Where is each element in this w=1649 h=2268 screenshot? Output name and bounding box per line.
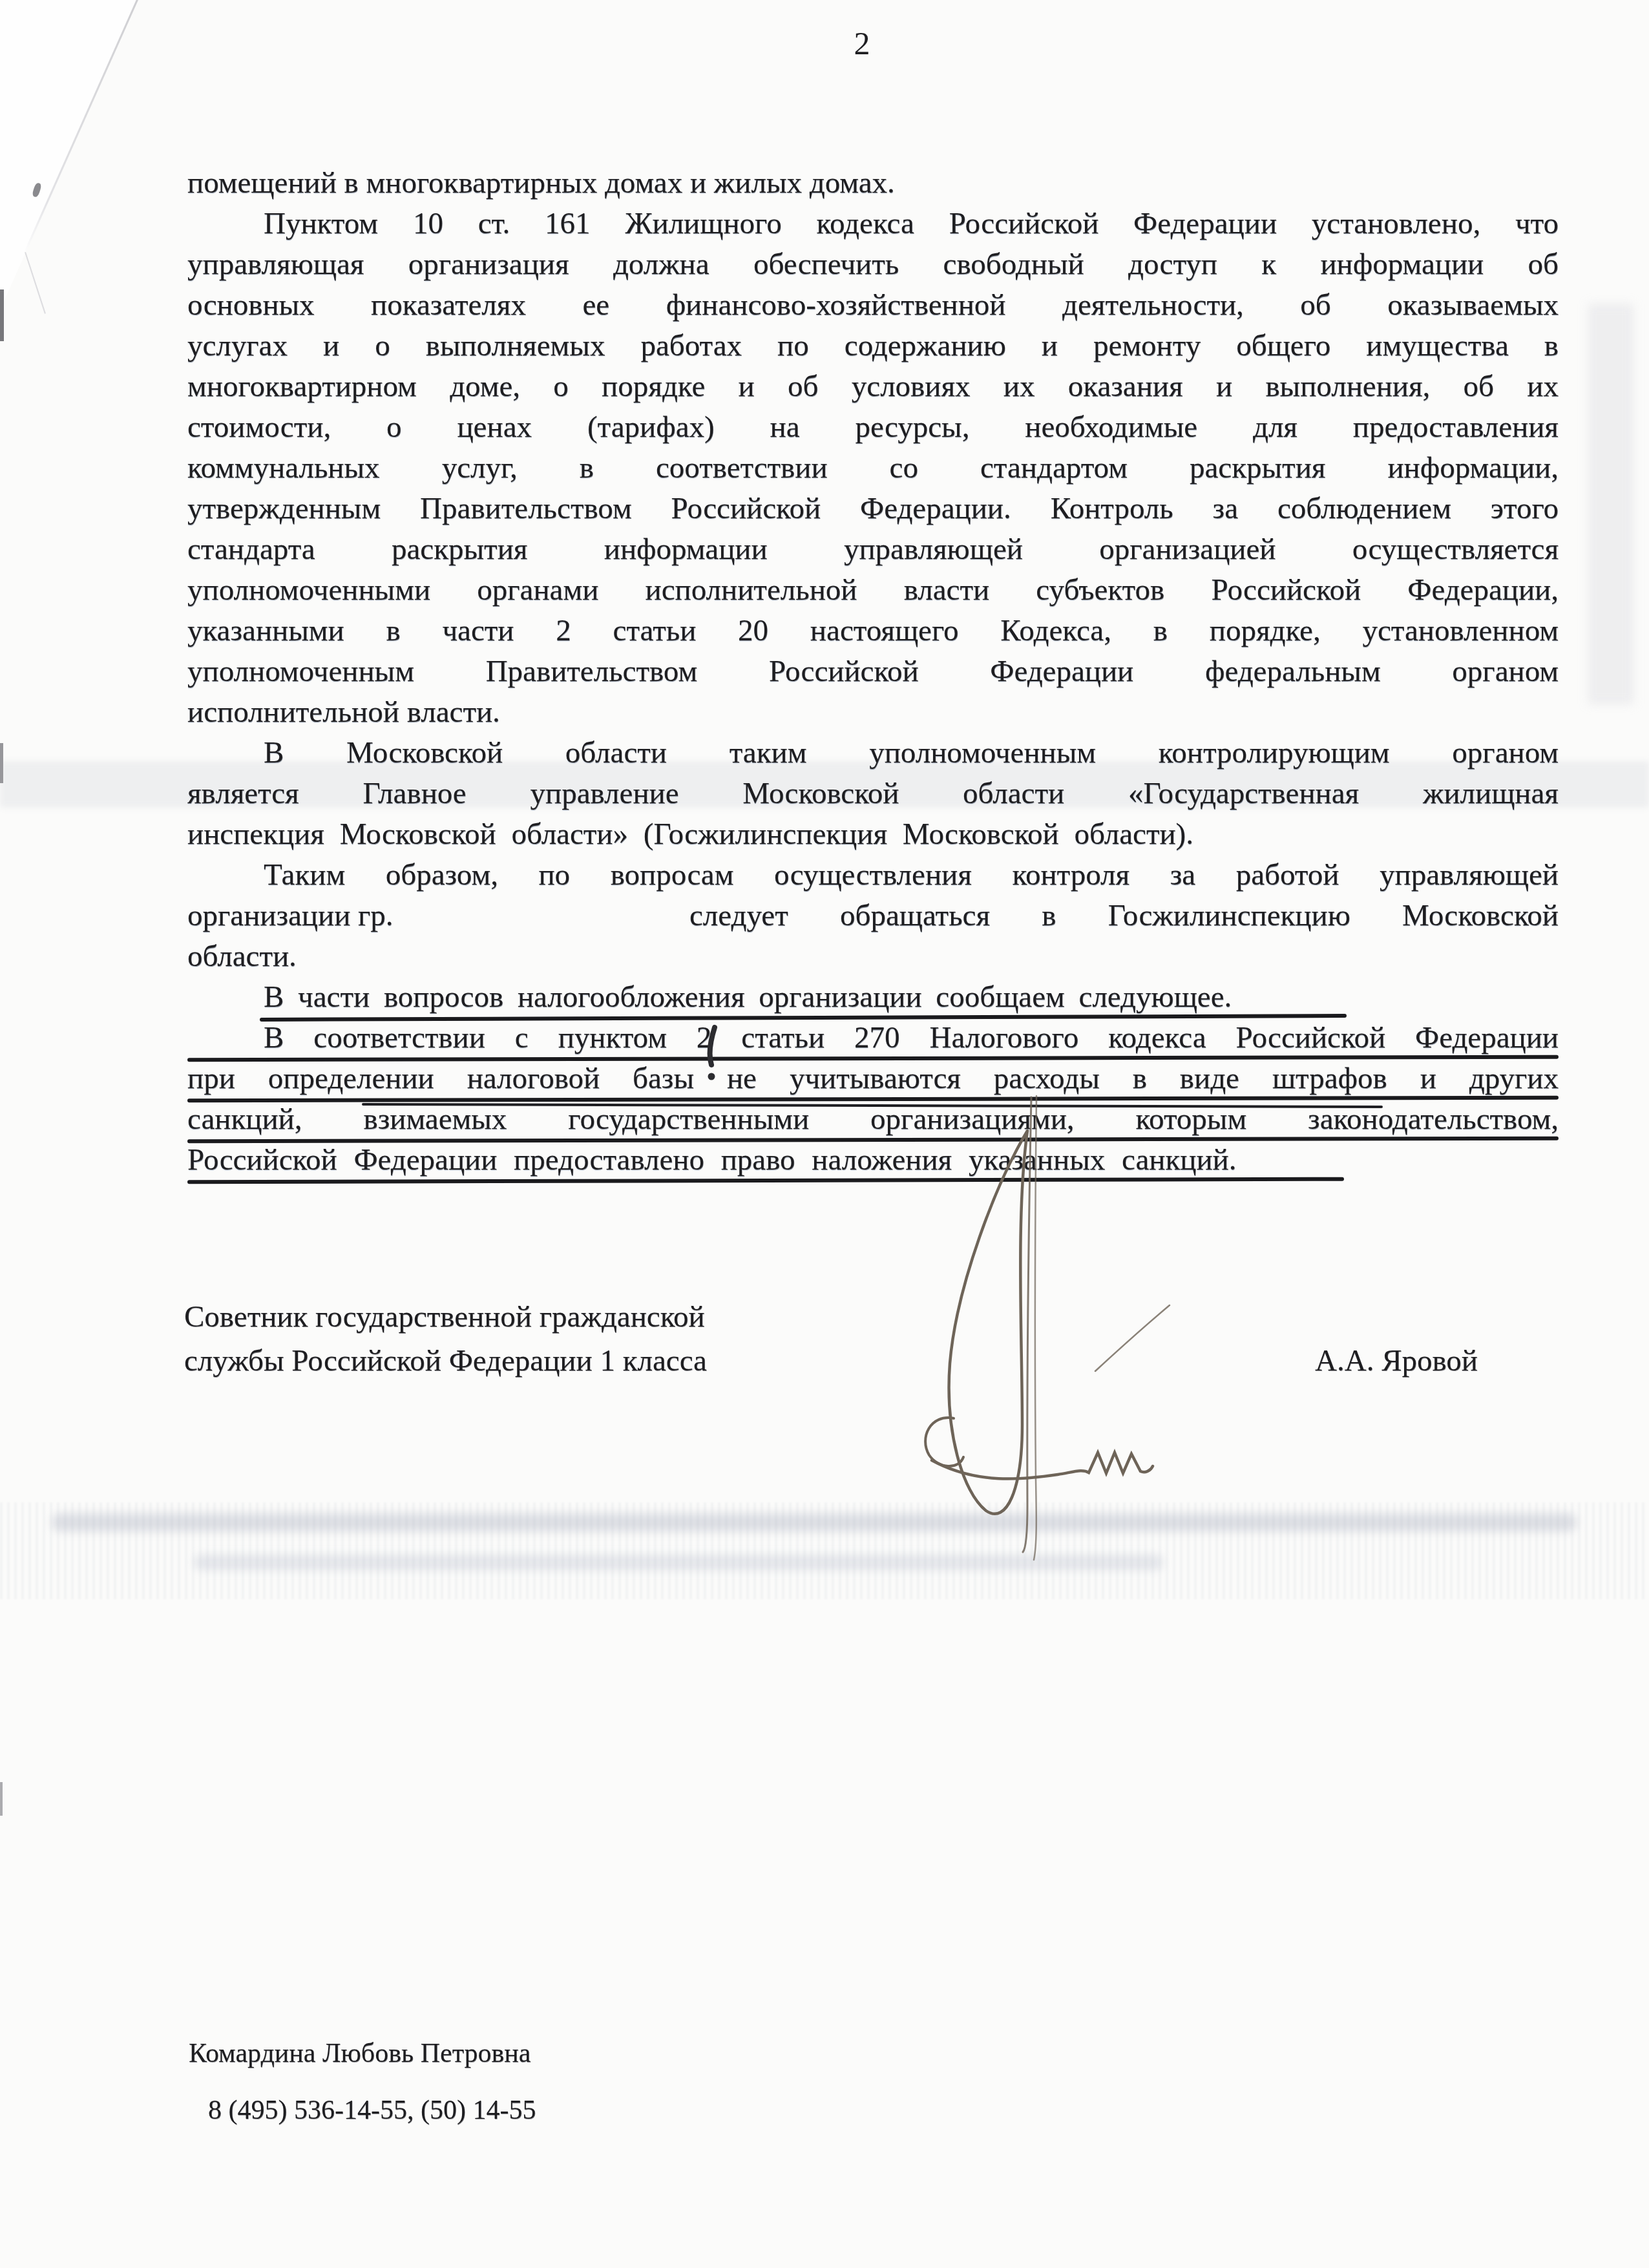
- text-line: Таким образом, по вопросам осуществления…: [187, 855, 1559, 896]
- letter-body: помещений в многоквартирных домах и жилы…: [187, 163, 1559, 1181]
- text-line: уполномоченным Правительством Российской…: [187, 651, 1559, 692]
- fold-crease-line: [25, 252, 46, 314]
- text-line: утвержденным Правительством Российской Ф…: [187, 488, 1559, 529]
- text-line: коммунальных услуг, в соответствии со ст…: [187, 448, 1559, 488]
- underlined-text-line: санкций, взимаемых государственными орга…: [187, 1099, 1559, 1140]
- text-line: уполномоченными органами исполнительной …: [187, 570, 1559, 611]
- underlined-text-line: Российской Федерации предоставлено право…: [187, 1140, 1559, 1181]
- text-line: указанными в части 2 статьи 20 настоящег…: [187, 611, 1559, 651]
- underlined-text-line: при определении налоговой базы не учитыв…: [187, 1058, 1559, 1099]
- executor-phone: 8 (495) 536-14-55, (50) 14-55: [208, 2092, 536, 2128]
- page-number: 2: [836, 25, 888, 62]
- text-line: многоквартирном доме, о порядке и об усл…: [187, 366, 1559, 407]
- bleed-through-text-ghost: [52, 1513, 1577, 1531]
- text-line-with-redaction: организации гр. следует обращаться в Гос…: [187, 896, 1559, 936]
- redacted-name-gap: [394, 896, 689, 936]
- pen-exclamation-mark: [703, 1025, 724, 1087]
- executor-name: Комардина Любовь Петровна: [189, 2035, 530, 2072]
- underlined-text-line: В соответствии с пунктом 2 статьи 270 На…: [187, 1018, 1559, 1058]
- text-line: основных показателях ее финансово-хозяйс…: [187, 285, 1559, 326]
- folded-corner-artifact: [0, 0, 149, 323]
- signer-position-line1: Советник государственной гражданской: [184, 1297, 705, 1336]
- text-line: области.: [187, 936, 1559, 977]
- signer-position-line2: службы Российской Федерации 1 класса: [184, 1341, 707, 1380]
- text-line: является Главное управление Московской о…: [187, 773, 1559, 814]
- text-line: стандарта раскрытия информации управляющ…: [187, 529, 1559, 570]
- text-line: управляющая организация должна обеспечит…: [187, 244, 1559, 285]
- text-line: В Московской области таким уполномоченны…: [187, 733, 1559, 773]
- scan-edge-mark: [0, 289, 4, 341]
- text-line: исполнительной власти.: [187, 692, 1559, 733]
- text-line: Пунктом 10 ст. 161 Жилищного кодекса Рос…: [187, 204, 1559, 244]
- text-line: услугах и о выполняемых работах по содер…: [187, 326, 1559, 366]
- scan-edge-mark: [0, 743, 3, 783]
- pen-signature: [899, 1092, 1190, 1570]
- scanned-letter-page: 2 помещений в многоквартирных домах и жи…: [0, 0, 1649, 2268]
- text-line-left: организации гр.: [187, 896, 394, 936]
- text-line-right: следует обращаться в Госжилинспекцию Мос…: [689, 896, 1559, 936]
- underlined-text-line: В части вопросов налогообложения организ…: [187, 977, 1559, 1018]
- signer-name: А.А. Яровой: [1315, 1341, 1478, 1380]
- text-line: стоимости, о ценах (тарифах) на ресурсы,…: [187, 407, 1559, 448]
- text-line: помещений в многоквартирных домах и жилы…: [187, 163, 1559, 204]
- scan-edge-mark: [0, 1782, 3, 1816]
- text-line: инспекция Московской области» (Госжилинс…: [187, 814, 1559, 855]
- scan-edge-smudge: [1588, 304, 1633, 704]
